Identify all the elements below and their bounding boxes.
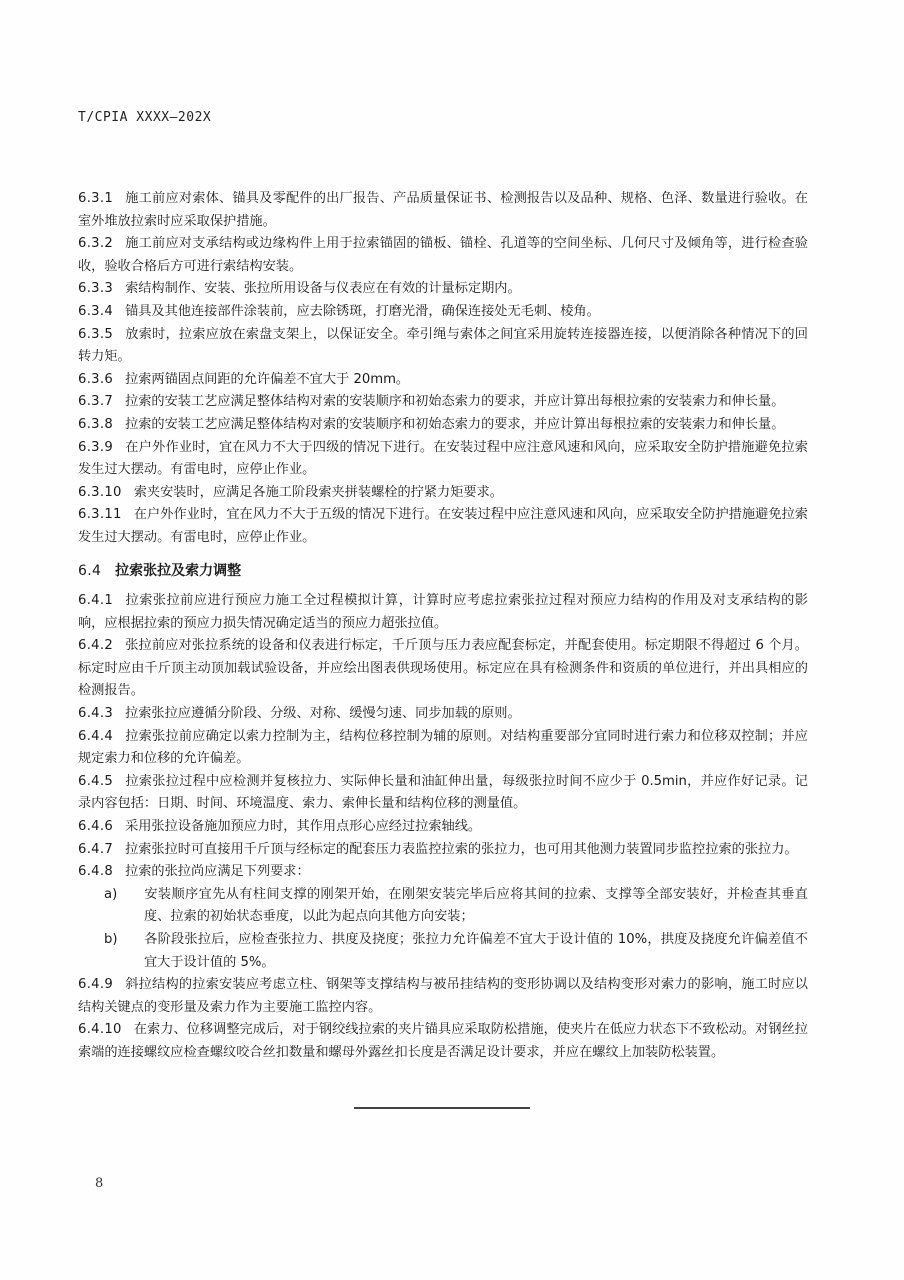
clause-text: 斜拉结构的拉索安装应考虑立柱、钢架等支撑结构与被吊挂结构的变形协调以及结构变形对… xyxy=(78,977,808,1015)
clause-text: 拉索张拉时可直接用千斤顶与经标定的配套压力表监控拉索的张拉力，也可用其他测力装置… xyxy=(125,842,798,857)
clause-number: 6.3.4 xyxy=(78,301,113,324)
section-heading-6-4: 6.4拉索张拉及索力调整 xyxy=(78,560,808,583)
clause-number: 6.3.1 xyxy=(78,188,113,211)
list-marker: b) xyxy=(104,929,144,952)
clause-text: 拉索张拉应遵循分阶段、分级、对称、缓慢匀速、同步加载的原则。 xyxy=(125,706,521,721)
clause-number: 6.3.8 xyxy=(78,414,113,437)
section-number: 6.4 xyxy=(78,560,101,583)
clause-6-3-4: 6.3.4锚具及其他连接部件涂装前，应去除锈斑，打磨光滑，确保连接处无毛刺、棱角… xyxy=(78,301,808,324)
clause-6-3-2: 6.3.2施工前应对支承结构或边缘构件上用于拉索锚固的锚板、锚栓、孔道等的空间坐… xyxy=(78,233,808,278)
clause-number: 6.4.2 xyxy=(78,635,113,658)
clause-6-3-6: 6.3.6拉索两锚固点间距的允许偏差不宜大于 20mm。 xyxy=(78,369,808,392)
clause-text: 拉索张拉前应确定以索力控制为主，结构位移控制为辅的原则。对结构重要部分宜同时进行… xyxy=(78,729,808,767)
clause-6-4-5: 6.4.5拉索张拉过程中应检测并复核拉力、实际伸长量和油缸伸出量，每级张拉时间不… xyxy=(78,771,808,816)
clause-number: 6.4.4 xyxy=(78,726,113,749)
clause-text: 拉索的安装工艺应满足整体结构对索的安装顺序和初始态索力的要求，并应计算出每根拉索… xyxy=(125,417,784,432)
clause-text: 在户外作业时，宜在风力不大于四级的情况下进行。在安装过程中应注意风速和风向，应采… xyxy=(78,440,808,478)
document-page: T/CPIA XXXX—202X 6.3.1施工前应对索体、锚具及零配件的出厂报… xyxy=(0,0,904,1280)
clause-6-4-8: 6.4.8拉索的张拉尚应满足下列要求： xyxy=(78,861,808,884)
clause-text: 拉索的张拉尚应满足下列要求： xyxy=(125,864,310,879)
list-item-text: 安装顺序宜先从有柱间支撑的刚架开始，在刚架安装完毕后应将其间的拉索、支撑等全部安… xyxy=(144,887,808,925)
clause-text: 张拉前应对张拉系统的设备和仪表进行标定，千斤顶与压力表应配套标定，并配套使用。标… xyxy=(78,638,808,698)
clause-6-3-10: 6.3.10索夹安装时，应满足各施工阶段索夹拼装螺栓的拧紧力矩要求。 xyxy=(78,482,808,505)
clause-number: 6.4.1 xyxy=(78,590,113,613)
clause-number: 6.3.2 xyxy=(78,233,113,256)
clause-6-4-10: 6.4.10在索力、位移调整完成后，对于钢绞线拉索的夹片锚具应采取防松措施，使夹… xyxy=(78,1019,808,1064)
clause-6-4-8-item-a: a)安装顺序宜先从有柱间支撑的刚架开始，在刚架安装完毕后应将其间的拉索、支撑等全… xyxy=(104,884,808,929)
clause-text: 放索时，拉索应放在索盘支架上，以保证安全。牵引绳与索体之间宜采用旋转连接器连接，… xyxy=(78,327,808,365)
clause-text: 拉索两锚固点间距的允许偏差不宜大于 20mm。 xyxy=(125,372,409,387)
clause-text: 施工前应对支承结构或边缘构件上用于拉索锚固的锚板、锚栓、孔道等的空间坐标、几何尺… xyxy=(78,236,808,274)
page-number: 8 xyxy=(95,1176,103,1191)
clause-6-3-11: 6.3.11在户外作业时，宜在风力不大于五级的情况下进行。在安装过程中应注意风速… xyxy=(78,504,808,549)
clause-number: 6.4.5 xyxy=(78,771,113,794)
clause-text: 拉索张拉过程中应检测并复核拉力、实际伸长量和油缸伸出量，每级张拉时间不应少于 0… xyxy=(78,774,808,812)
clause-6-4-8-item-b: b)各阶段张拉后，应检查张拉力、拱度及挠度；张拉力允许偏差不宜大于设计值的 10… xyxy=(104,929,808,974)
clause-number: 6.3.10 xyxy=(78,482,122,505)
clause-number: 6.4.3 xyxy=(78,703,113,726)
clause-6-4-9: 6.4.9斜拉结构的拉索安装应考虑立柱、钢架等支撑结构与被吊挂结构的变形协调以及… xyxy=(78,974,808,1019)
clause-number: 6.4.10 xyxy=(78,1019,122,1042)
clause-number: 6.3.5 xyxy=(78,324,113,347)
clause-6-3-9: 6.3.9在户外作业时，宜在风力不大于四级的情况下进行。在安装过程中应注意风速和… xyxy=(78,437,808,482)
clause-text: 索结构制作、安装、张拉所用设备与仪表应在有效的计量标定期内。 xyxy=(125,281,521,296)
clause-6-4-6: 6.4.6采用张拉设备施加预应力时，其作用点形心应经过拉索轴线。 xyxy=(78,816,808,839)
standard-code-header: T/CPIA XXXX—202X xyxy=(78,110,211,125)
clause-text: 在索力、位移调整完成后，对于钢绞线拉索的夹片锚具应采取防松措施，使夹片在低应力状… xyxy=(78,1022,808,1060)
clause-number: 6.3.7 xyxy=(78,391,113,414)
clause-6-3-5: 6.3.5放索时，拉索应放在索盘支架上，以保证安全。牵引绳与索体之间宜采用旋转连… xyxy=(78,324,808,369)
clause-6-4-3: 6.4.3拉索张拉应遵循分阶段、分级、对称、缓慢匀速、同步加载的原则。 xyxy=(78,703,808,726)
clause-text: 锚具及其他连接部件涂装前，应去除锈斑，打磨光滑，确保连接处无毛刺、棱角。 xyxy=(125,304,600,319)
clause-text: 索夹安装时，应满足各施工阶段索夹拼装螺栓的拧紧力矩要求。 xyxy=(134,485,503,500)
clause-number: 6.4.7 xyxy=(78,839,113,862)
list-item-text: 各阶段张拉后，应检查张拉力、拱度及挠度；张拉力允许偏差不宜大于设计值的 10%，… xyxy=(144,932,808,970)
end-of-text-rule xyxy=(354,1107,530,1109)
clause-6-3-3: 6.3.3索结构制作、安装、张拉所用设备与仪表应在有效的计量标定期内。 xyxy=(78,278,808,301)
clause-text: 施工前应对索体、锚具及零配件的出厂报告、产品质量保证书、检测报告以及品种、规格、… xyxy=(78,191,808,229)
clause-number: 6.3.6 xyxy=(78,369,113,392)
clause-number: 6.3.3 xyxy=(78,278,113,301)
clause-6-4-2: 6.4.2张拉前应对张拉系统的设备和仪表进行标定，千斤顶与压力表应配套标定，并配… xyxy=(78,635,808,703)
clause-6-4-4: 6.4.4拉索张拉前应确定以索力控制为主，结构位移控制为辅的原则。对结构重要部分… xyxy=(78,726,808,771)
clause-number: 6.4.6 xyxy=(78,816,113,839)
clause-text: 在户外作业时，宜在风力不大于五级的情况下进行。在安装过程中应注意风速和风向，应采… xyxy=(78,507,808,545)
document-body: 6.3.1施工前应对索体、锚具及零配件的出厂报告、产品质量保证书、检测报告以及品… xyxy=(78,188,808,1065)
clause-number: 6.3.9 xyxy=(78,437,113,460)
section-title: 拉索张拉及索力调整 xyxy=(115,563,241,579)
clause-6-4-1: 6.4.1拉索张拉前应进行预应力施工全过程模拟计算，计算时应考虑拉索张拉过程对预… xyxy=(78,590,808,635)
clause-number: 6.4.8 xyxy=(78,861,113,884)
clause-6-3-8: 6.3.8拉索的安装工艺应满足整体结构对索的安装顺序和初始态索力的要求，并应计算… xyxy=(78,414,808,437)
clause-6-3-7: 6.3.7拉索的安装工艺应满足整体结构对索的安装顺序和初始态索力的要求，并应计算… xyxy=(78,391,808,414)
clause-text: 拉索的安装工艺应满足整体结构对索的安装顺序和初始态索力的要求，并应计算出每根拉索… xyxy=(125,394,784,409)
clause-number: 6.3.11 xyxy=(78,504,122,527)
clause-text: 拉索张拉前应进行预应力施工全过程模拟计算，计算时应考虑拉索张拉过程对预应力结构的… xyxy=(78,593,808,631)
clause-text: 采用张拉设备施加预应力时，其作用点形心应经过拉索轴线。 xyxy=(125,819,481,834)
clause-6-3-1: 6.3.1施工前应对索体、锚具及零配件的出厂报告、产品质量保证书、检测报告以及品… xyxy=(78,188,808,233)
list-marker: a) xyxy=(104,884,144,907)
clause-number: 6.4.9 xyxy=(78,974,113,997)
clause-6-4-7: 6.4.7拉索张拉时可直接用千斤顶与经标定的配套压力表监控拉索的张拉力，也可用其… xyxy=(78,839,808,862)
